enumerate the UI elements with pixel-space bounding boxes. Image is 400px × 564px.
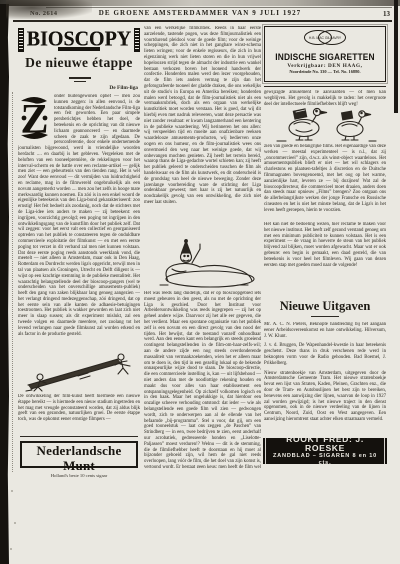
article-headline: De nieuwe étappe [18,55,140,71]
middle-paragraph-2: Het was reeds lang duidelijk, dat er op … [144,291,261,468]
paper-speck [11,490,13,492]
sigaretten-ad-line2: Noordeinde No. 330 — Tel. No. 16880. [265,69,385,74]
right-column-text-2: zien van goede en belangrijke films. Het… [264,144,386,218]
middle-column-text: van een werkelijke filmkritiek. Reeds in… [144,26,261,238]
header-rule [13,20,392,22]
two-ducks-illustration [272,106,378,147]
munt-ad-title: Nederlandsche Munt [22,443,136,473]
middle-column-text-2: Het was reeds lang duidelijk, dat er op … [144,291,261,468]
article-byline: De Film-liga [18,85,138,91]
section-heading-flourish [311,316,339,317]
newspaper-title: DE GROENE AMSTERDAMMER VAN 9 JULI 1927 [0,9,400,17]
roeske-ad-line1: ROOKT FRED: J. ROESKE [266,435,384,453]
headline-flourish-2 [74,81,86,82]
paper-speck [14,522,16,524]
left-paragraph-2: De persconferentie, door enkele ondernem… [18,135,140,337]
header-top-rule [46,7,392,8]
munt-advertisement: Nederlandsche Munt Holland's beste 10 ce… [20,441,138,468]
masthead-banner [58,47,100,51]
sigaretten-ad-title: INDISCHE SIGARETTEN [272,52,378,63]
paper-speck [10,548,12,550]
page-number: 13 [362,10,390,18]
left-paragraph-1: onder buitengewonen ophef — men zou kunn… [54,94,140,140]
left-column-rule [20,436,138,437]
masthead-ornament-left-icon [18,28,24,52]
left-paragraph-3: De ontwikkeling der film-kunst heeft hie… [18,394,140,422]
right-paragraph-1: gewijzigde amusement te aanvaarden — of … [264,90,386,107]
sigaretten-logo-text: H.B. MAC GILLAVRY [309,36,342,40]
roeske-ad-line2: ZANDBLAD – SIGAREN 8 en 10 cts. [266,453,384,467]
reclining-jester-illustration [148,239,258,294]
roeske-advertisement: ROOKT FRED: J. ROESKE ZANDBLAD – SIGAREN… [263,438,387,464]
book-list: Mr. A. C. N. Pieters, Beknopte handleidi… [264,322,386,435]
book-list-item: Nieuw stratenboekje van Amsterdam, uitge… [264,371,386,423]
left-column-text-2: De ontwikkeling der film-kunst heeft hie… [18,394,140,432]
headline-flourish [69,77,91,79]
book-list-item: J. v. d. Bruggen, De Wapenhandel-kwestie… [264,343,386,366]
section-heading-nieuwe-uitgaven: Nieuwe Uitgaven [264,299,386,314]
roeske-ad-frame: ROOKT FRED: J. ROESKE ZANDBLAD – SIGAREN… [265,433,385,469]
scan-dotted-fold [12,92,13,472]
scan-edge-left-bar [0,4,9,564]
munt-ad-subtitle: Holland's beste 10 cents sigaar [22,473,136,478]
right-column-text-1: gewijzigde amusement te aanvaarden — of … [264,90,386,107]
left-column-text: Z onder buitengewonen ophef — men zou ku… [18,94,140,352]
sigaretten-logo-icon: H.B. MAC GILLAVRY [265,29,385,51]
right-paragraph-2: zien van goede en belangrijke films. Het… [264,144,386,213]
climbers-on-plank-illustration [22,352,136,397]
middle-paragraph-1: van een werkelijke filmkritiek. Reeds in… [144,26,261,205]
masthead-ornament-right-icon [134,28,140,52]
right-paragraph-3: Het kan niet de bedoeling wezen, hier re… [264,222,386,268]
right-column-rule [264,86,386,87]
newspaper-page: No. 2614 DE GROENE AMSTERDAMMER VAN 9 JU… [0,0,400,564]
dropcap-z-ornament: Z [18,95,51,141]
right-column-text-3: Het kan niet de bedoeling wezen, hier re… [264,222,386,293]
sigaretten-advertisement: H.B. MAC GILLAVRY INDISCHE SIGARETTEN Ve… [264,26,386,82]
book-list-item: Mr. A. C. N. Pieters, Beknopte handleidi… [264,322,386,339]
